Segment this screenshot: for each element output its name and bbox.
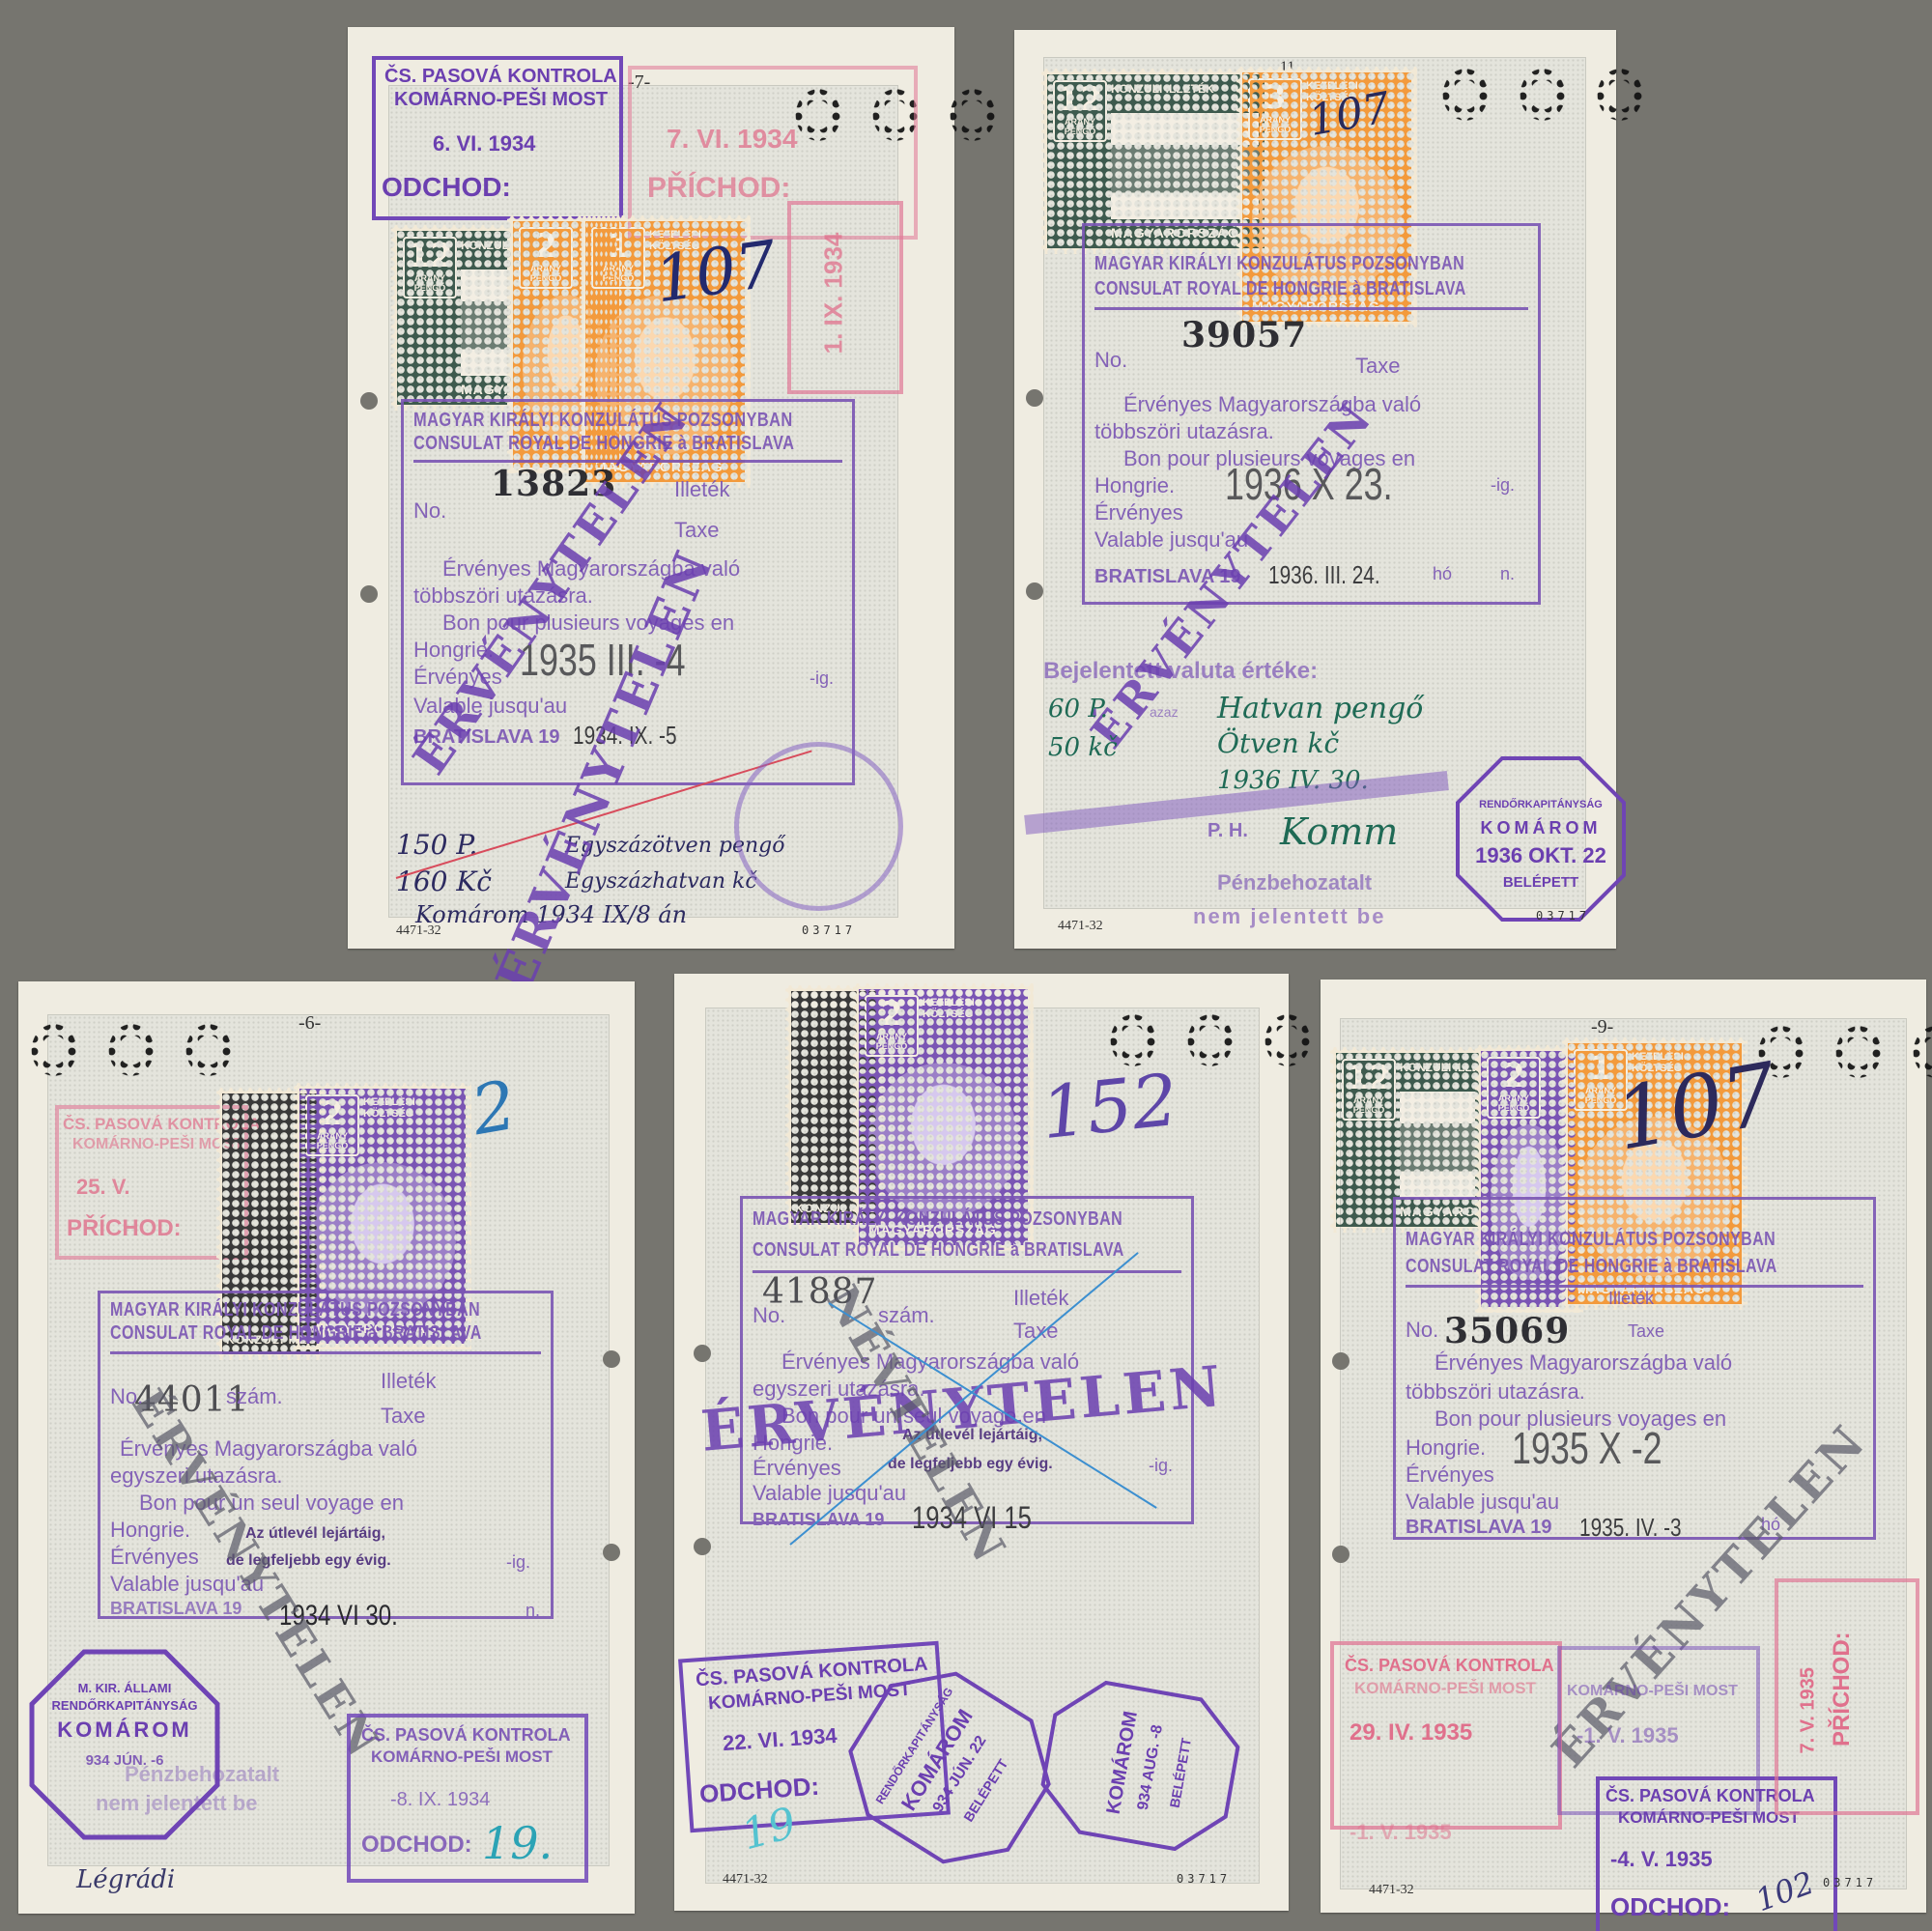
- handwritten-fee: 152: [1037, 1059, 1181, 1155]
- form-number: 4471-32: [723, 1872, 768, 1888]
- currency-line-1: 60 P.: [1048, 695, 1108, 724]
- exit-stamp-label: ODCHOD:: [361, 1832, 472, 1859]
- exit-stamp-line2: KOMÁRNO-PEŠI MOST: [371, 1747, 553, 1767]
- entry-stamp-date: 29. IV. 1935: [1350, 1719, 1472, 1746]
- entry-stamp-date: 25. V.: [76, 1175, 129, 1200]
- visa-valid-until: 1935 X -2: [1512, 1422, 1662, 1474]
- exit-stamp-label: ODCHOD:: [1610, 1892, 1730, 1922]
- punch-hole: [1026, 582, 1043, 600]
- signature: Légrádi: [76, 1865, 175, 1894]
- currency-label: Bejelentett valuta értéke:: [1043, 658, 1318, 685]
- punch-hole: [1332, 1352, 1350, 1370]
- visa-issue-date: 1936. III. 24.: [1268, 560, 1380, 590]
- passport-page-7: -7- 7. VI. 1934 PŘÍCHOD: 1. IX. 1934 ČS.…: [348, 27, 954, 949]
- exit-stamp-handwritten: 19.: [482, 1817, 553, 1869]
- punch-hole: [603, 1544, 620, 1561]
- page-number: -6-: [298, 1012, 321, 1035]
- punch-hole: [360, 392, 378, 410]
- serial-number: 03717: [1536, 909, 1590, 923]
- footer-stamp-line1: Pénzbehozatalt: [125, 1762, 279, 1787]
- exit-stamp-faded-line2: KOMÁRNO-PEŠI MOST: [1567, 1683, 1738, 1700]
- entry-stamp-2-date: 1. IX. 1934: [818, 233, 848, 355]
- entry-stamp-date: 7. VI. 1934: [667, 124, 797, 155]
- footer-stamp-line2: nem jelentett be: [96, 1791, 257, 1816]
- entry-stamp-2-date: -1. V. 1935: [1350, 1820, 1452, 1845]
- side-stamp-date: 7. V. 1935: [1798, 1667, 1820, 1753]
- punch-hole: [1332, 1546, 1350, 1563]
- exit-stamp-faded-date: -1. V. 1935: [1577, 1723, 1679, 1748]
- footer-stamp-line2: nem jelentett be: [1193, 904, 1385, 929]
- currency-line-2: 50 kč: [1048, 733, 1118, 762]
- visa-number: 39057: [1181, 315, 1307, 355]
- exit-stamp-date: -8. IX. 1934: [390, 1789, 490, 1811]
- form-number: 4471-32: [1058, 919, 1103, 934]
- page-number: -9-: [1591, 1016, 1613, 1038]
- serial-number: 03717: [1177, 1872, 1231, 1886]
- currency-words-2: Egyszázhatvan kč: [565, 869, 757, 894]
- punch-hole: [1026, 389, 1043, 407]
- consular-visa-stamp: MAGYAR KIRÁLYI KONZULÁTUS POZSONYBAN CON…: [1082, 223, 1541, 605]
- exit-stamp-line1: ČS. PASOVÁ KONTROLA: [361, 1725, 571, 1746]
- currency-azaz: azaz: [1150, 704, 1179, 720]
- entry-stamp-line2: KOMÁRNO-PEŠI MOST: [1354, 1679, 1536, 1698]
- punch-hole: [603, 1350, 620, 1368]
- entry-stamp-line1: ČS. PASOVÁ KONTROLA: [1345, 1656, 1554, 1676]
- entry-stamp-label: PŘÍCHOD:: [67, 1215, 182, 1242]
- exit-stamp-date: 6. VI. 1934: [433, 131, 535, 156]
- ph-label: P. H.: [1207, 820, 1248, 842]
- passport-page-6: -6- ČS. PASOVÁ KONTROLA KOMÁRNO-PEŠI MOS…: [18, 981, 635, 1914]
- punch-hole: [694, 1345, 711, 1362]
- punch-hole: [360, 585, 378, 603]
- signature: Komm: [1280, 810, 1398, 853]
- exit-stamp-label: ODCHOD:: [382, 172, 511, 203]
- serial-number: 03717: [802, 923, 856, 937]
- side-stamp-label: PŘÍCHOD:: [1829, 1632, 1856, 1746]
- punch-hole: [694, 1538, 711, 1555]
- entry-stamp-label: PŘÍCHOD:: [647, 172, 790, 205]
- visa-number: 35069: [1444, 1311, 1570, 1351]
- serial-number: 03717: [1823, 1876, 1877, 1889]
- passport-page-middle: KONZULI MEG 2ARANY PENGŐ KEZELÉSI KÖLTSÉ…: [674, 974, 1289, 1911]
- perforation-csr: [1755, 1022, 1932, 1082]
- exit-stamp-line2: KOMÁRNO-PEŠI MOST: [394, 89, 608, 111]
- passport-page-11: 11 12ARANY PENGŐ KONZULI ILLETÉK MAGYARO…: [1014, 30, 1616, 949]
- exit-stamp-line2: KOMÁRNO-PEŠI MOST: [1618, 1808, 1800, 1828]
- exit-stamp-line1: ČS. PASOVÁ KONTROLA: [384, 66, 617, 88]
- form-number: 4471-32: [1369, 1883, 1414, 1898]
- perforation-csr: [28, 1020, 235, 1080]
- form-number: 4471-32: [396, 923, 441, 939]
- currency-words-1: Hatvan pengő: [1217, 692, 1423, 725]
- footer-stamp-line1: Pénzbehozatalt: [1217, 870, 1372, 895]
- currency-words-2: Ötven kč: [1217, 727, 1339, 759]
- police-entry-stamp-2: KOMÁROM 934 AUG. -8 BELÉPETT: [1032, 1670, 1250, 1860]
- consulate-seal: [734, 742, 903, 911]
- visa-issue-date: 1935. IV. -3: [1579, 1513, 1682, 1543]
- perforation-csr: [1439, 65, 1646, 125]
- currency-line-2: 160 Kč: [396, 866, 492, 897]
- police-entry-stamp: RENDŐRKAPITÁNYSÁG KOMÁROM 1936 OKT. 22 B…: [1454, 754, 1628, 923]
- passport-page-9: -9- 12ARANY PENGŐ KONZULI ILLETÉK MAGYAR…: [1321, 980, 1926, 1913]
- exit-stamp-date: -4. V. 1935: [1610, 1847, 1713, 1872]
